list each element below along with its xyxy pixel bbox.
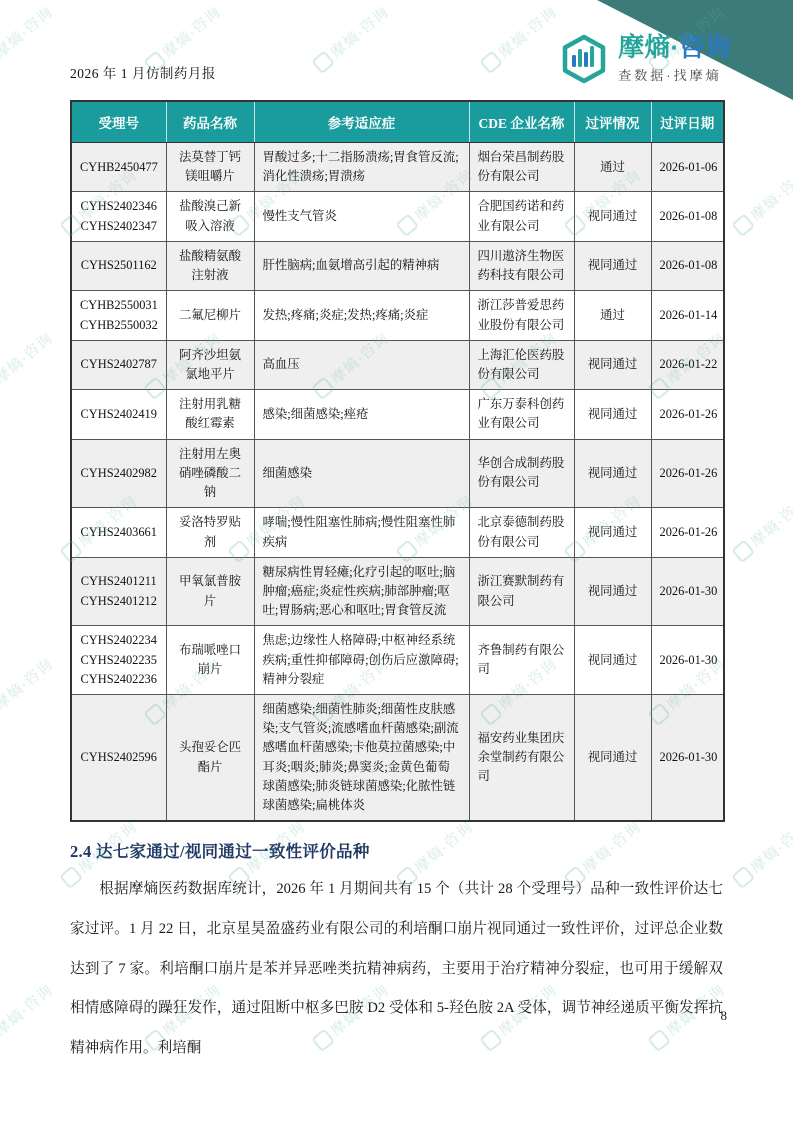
cell-date: 2026-01-26 <box>651 508 724 557</box>
column-header-6: 过评日期 <box>651 101 724 143</box>
cell-acceptance-numbers: CYHB2450477 <box>71 143 166 192</box>
cell-acceptance-numbers: CYHS2501162 <box>71 241 166 290</box>
cell-status: 视同通过 <box>574 626 651 695</box>
drug-approval-table: 受理号药品名称参考适应症CDE 企业名称过评情况过评日期 CYHB2450477… <box>70 100 725 822</box>
cell-acceptance-numbers: CYHS2403661 <box>71 508 166 557</box>
cell-indications: 慢性支气管炎 <box>254 192 469 241</box>
table-wrapper: 受理号药品名称参考适应症CDE 企业名称过评情况过评日期 CYHB2450477… <box>0 100 793 822</box>
column-header-2: 药品名称 <box>166 101 254 143</box>
cell-drug-name: 法莫替丁钙镁咀嚼片 <box>166 143 254 192</box>
cell-acceptance-numbers: CYHS2402419 <box>71 390 166 439</box>
cell-company: 烟台荣昌制药股份有限公司 <box>469 143 574 192</box>
cell-company: 华创合成制药股份有限公司 <box>469 439 574 508</box>
cell-company: 北京泰德制药股份有限公司 <box>469 508 574 557</box>
cell-acceptance-numbers: CYHS2401211CYHS2401212 <box>71 557 166 626</box>
table-row: CYHS2402982注射用左奥硝唑磷酸二钠细菌感染华创合成制药股份有限公司视同… <box>71 439 724 508</box>
table-row: CYHB2450477法莫替丁钙镁咀嚼片胃酸过多;十二指肠溃疡;胃食管反流;消化… <box>71 143 724 192</box>
cell-date: 2026-01-14 <box>651 291 724 340</box>
cell-drug-name: 甲氧氯普胺片 <box>166 557 254 626</box>
brand-tagline: 查数据·找摩熵 <box>618 65 731 84</box>
column-header-5: 过评情况 <box>574 101 651 143</box>
column-header-3: 参考适应症 <box>254 101 469 143</box>
cell-drug-name: 注射用左奥硝唑磷酸二钠 <box>166 439 254 508</box>
cell-indications: 肝性脑病;血氨增高引起的精神病 <box>254 241 469 290</box>
hexagon-bar-chart-icon <box>558 33 610 85</box>
cell-drug-name: 盐酸精氨酸注射液 <box>166 241 254 290</box>
cell-status: 视同通过 <box>574 557 651 626</box>
cell-drug-name: 妥洛特罗贴剂 <box>166 508 254 557</box>
table-row: CYHS2401211CYHS2401212甲氧氯普胺片糖尿病性胃轻瘫;化疗引起… <box>71 557 724 626</box>
cell-status: 视同通过 <box>574 192 651 241</box>
section-heading: 2.4 达七家通过/视同通过一致性评价品种 <box>70 838 723 862</box>
cell-drug-name: 注射用乳糖酸红霉素 <box>166 390 254 439</box>
cell-date: 2026-01-08 <box>651 241 724 290</box>
section-paragraph: 根据摩熵医药数据库统计，2026 年 1 月期间共有 15 个（共计 28 个受… <box>70 870 723 1068</box>
cell-indications: 细菌感染;细菌性肺炎;细菌性皮肤感染;支气管炎;流感嗜血杆菌感染;副流感嗜血杆菌… <box>254 695 469 822</box>
page-number: 8 <box>721 1008 728 1024</box>
cell-indications: 胃酸过多;十二指肠溃疡;胃食管反流;消化性溃疡;胃溃疡 <box>254 143 469 192</box>
column-header-4: CDE 企业名称 <box>469 101 574 143</box>
cell-status: 通过 <box>574 291 651 340</box>
report-page: 摩熵·咨询摩熵·咨询摩熵·咨询摩熵·咨询摩熵·咨询摩熵·咨询摩熵·咨询摩熵·咨询… <box>0 0 793 1122</box>
cell-drug-name: 布瑞哌唑口崩片 <box>166 626 254 695</box>
table-row: CYHS2403661妥洛特罗贴剂哮喘;慢性阻塞性肺病;慢性阻塞性肺疾病北京泰德… <box>71 508 724 557</box>
brand-logo: 摩熵·咨询 查数据·找摩熵 <box>558 33 731 85</box>
cell-indications: 高血压 <box>254 340 469 389</box>
cell-acceptance-numbers: CYHS2402346CYHS2402347 <box>71 192 166 241</box>
cell-acceptance-numbers: CYHB2550031CYHB2550032 <box>71 291 166 340</box>
report-title: 2026 年 1 月仿制药月报 <box>70 62 216 82</box>
cell-status: 视同通过 <box>574 390 651 439</box>
cell-status: 视同通过 <box>574 241 651 290</box>
cell-status: 视同通过 <box>574 695 651 822</box>
column-header-1: 受理号 <box>71 101 166 143</box>
table-row: CYHS2501162盐酸精氨酸注射液肝性脑病;血氨增高引起的精神病四川遨济生物… <box>71 241 724 290</box>
cell-indications: 感染;细菌感染;痤疮 <box>254 390 469 439</box>
cell-company: 浙江莎普爱思药业股份有限公司 <box>469 291 574 340</box>
section-2-4: 2.4 达七家通过/视同通过一致性评价品种 根据摩熵医药数据库统计，2026 年… <box>0 838 793 1068</box>
cell-company: 上海汇伦医药股份有限公司 <box>469 340 574 389</box>
table-row: CYHS2402596头孢妥仑匹酯片细菌感染;细菌性肺炎;细菌性皮肤感染;支气管… <box>71 695 724 822</box>
cell-drug-name: 二氟尼柳片 <box>166 291 254 340</box>
cell-acceptance-numbers: CYHS2402787 <box>71 340 166 389</box>
page-header: 2026 年 1 月仿制药月报 摩熵·咨询 查数据·找摩熵 <box>0 0 793 100</box>
brand-name-part1: 摩熵 <box>618 32 670 62</box>
cell-acceptance-numbers: CYHS2402234CYHS2402235CYHS2402236 <box>71 626 166 695</box>
brand-name-part2: 咨询 <box>679 32 731 62</box>
cell-drug-name: 头孢妥仑匹酯片 <box>166 695 254 822</box>
cell-indications: 哮喘;慢性阻塞性肺病;慢性阻塞性肺疾病 <box>254 508 469 557</box>
table-row: CYHS2402419注射用乳糖酸红霉素感染;细菌感染;痤疮广东万泰科创药业有限… <box>71 390 724 439</box>
cell-indications: 细菌感染 <box>254 439 469 508</box>
cell-date: 2026-01-22 <box>651 340 724 389</box>
cell-acceptance-numbers: CYHS2402596 <box>71 695 166 822</box>
cell-date: 2026-01-30 <box>651 557 724 626</box>
cell-acceptance-numbers: CYHS2402982 <box>71 439 166 508</box>
table-header-row: 受理号药品名称参考适应症CDE 企业名称过评情况过评日期 <box>71 101 724 143</box>
cell-company: 四川遨济生物医药科技有限公司 <box>469 241 574 290</box>
cell-company: 合肥国药诺和药业有限公司 <box>469 192 574 241</box>
table-row: CYHS2402787阿齐沙坦氨氯地平片高血压上海汇伦医药股份有限公司视同通过2… <box>71 340 724 389</box>
cell-company: 福安药业集团庆余堂制药有限公司 <box>469 695 574 822</box>
cell-status: 视同通过 <box>574 508 651 557</box>
cell-indications: 发热;疼痛;炎症;发热;疼痛;炎症 <box>254 291 469 340</box>
cell-date: 2026-01-08 <box>651 192 724 241</box>
cell-indications: 糖尿病性胃轻瘫;化疗引起的呕吐;脑肿瘤;癌症;炎症性疾病;肺部肿瘤;呕吐;胃肠病… <box>254 557 469 626</box>
cell-date: 2026-01-26 <box>651 390 724 439</box>
cell-indications: 焦虑;边缘性人格障碍;中枢神经系统疾病;重性抑郁障碍;创伤后应激障碍;精神分裂症 <box>254 626 469 695</box>
cell-date: 2026-01-30 <box>651 695 724 822</box>
cell-drug-name: 盐酸溴己新吸入溶液 <box>166 192 254 241</box>
cell-status: 视同通过 <box>574 340 651 389</box>
cell-date: 2026-01-06 <box>651 143 724 192</box>
brand-logo-text: 摩熵·咨询 查数据·找摩熵 <box>618 34 731 83</box>
cell-status: 视同通过 <box>574 439 651 508</box>
brand-name-dot: · <box>670 32 679 62</box>
brand-name: 摩熵·咨询 <box>618 34 731 61</box>
cell-company: 浙江赛默制药有限公司 <box>469 557 574 626</box>
cell-date: 2026-01-30 <box>651 626 724 695</box>
cell-status: 通过 <box>574 143 651 192</box>
cell-company: 齐鲁制药有限公司 <box>469 626 574 695</box>
table-row: CYHS2402346CYHS2402347盐酸溴己新吸入溶液慢性支气管炎合肥国… <box>71 192 724 241</box>
table-row: CYHB2550031CYHB2550032二氟尼柳片发热;疼痛;炎症;发热;疼… <box>71 291 724 340</box>
cell-date: 2026-01-26 <box>651 439 724 508</box>
cell-drug-name: 阿齐沙坦氨氯地平片 <box>166 340 254 389</box>
table-row: CYHS2402234CYHS2402235CYHS2402236布瑞哌唑口崩片… <box>71 626 724 695</box>
cell-company: 广东万泰科创药业有限公司 <box>469 390 574 439</box>
